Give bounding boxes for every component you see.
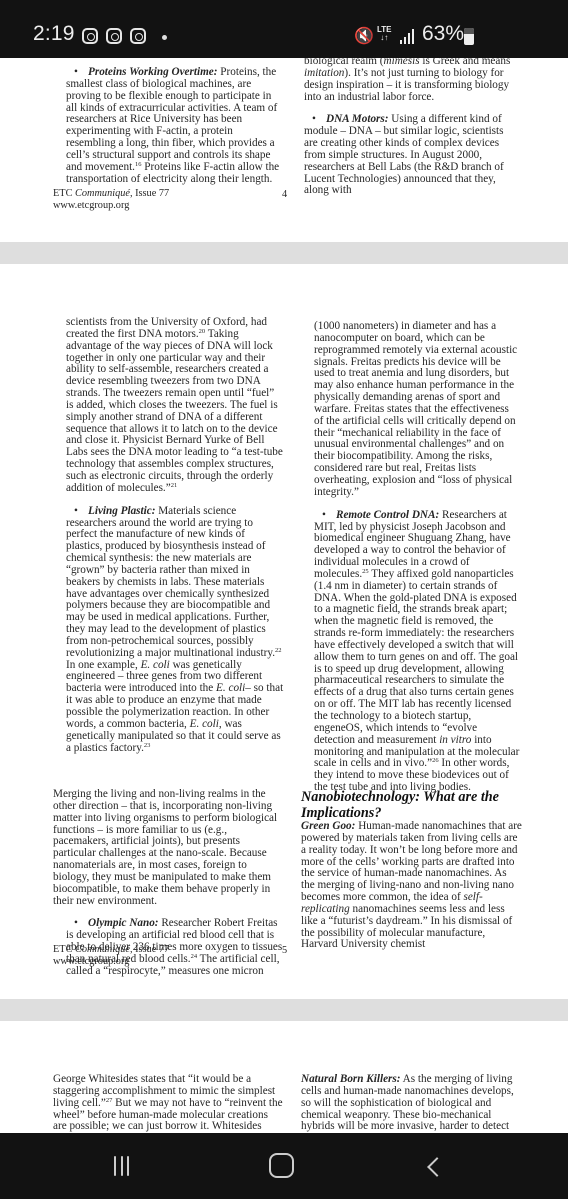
section-heading: Nanobiotechnology: What are the Implicat… [301, 789, 523, 821]
page4-footer: ETC Communiqué, Issue 77 www.etcgroup.or… [53, 188, 169, 212]
green-goo-paragraph: Green Goo: Human-made nanomachines that … [301, 821, 523, 951]
more-notifications-dot-icon [162, 35, 167, 40]
battery-icon [464, 28, 474, 45]
bullet-dna-motors: •DNA Motors: Using a different kind of m… [304, 114, 518, 197]
page6-left-column: George Whitesides states that “it would … [53, 1074, 284, 1133]
page-separator [0, 999, 568, 1021]
bullet-proteins-working-overtime: •Proteins Working Overtime: Proteins, th… [66, 67, 284, 185]
natural-born-killers-paragraph: Natural Born Killers: As the merging of … [301, 1074, 523, 1133]
page5-right-implications: Nanobiotechnology: What are the Implicat… [301, 789, 523, 951]
navigation-bar [0, 1133, 568, 1199]
instagram-icon [106, 28, 122, 44]
footnote-ref[interactable]: 22 [275, 647, 282, 654]
page5-footer: ETC Communiqué, Issue 77 www.etcgroup.or… [53, 944, 169, 968]
home-icon[interactable] [269, 1153, 294, 1178]
page4-right-column: biological realm (mimesis is Greek and m… [304, 58, 518, 197]
page5-left-column: scientists from the University of Oxford… [66, 317, 284, 754]
vibrate-mute-icon: 🔇 [354, 26, 374, 46]
recent-apps-icon[interactable] [114, 1156, 130, 1176]
website-link[interactable]: www.etcgroup.org [53, 956, 169, 968]
footnote-ref[interactable]: 21 [171, 482, 178, 489]
bullet-remote-control-dna: •Remote Control DNA: Researchers at MIT,… [314, 510, 520, 794]
page5-right-column: (1000 nanometers) in diameter and has a … [314, 321, 520, 794]
page4-left-column: •Proteins Working Overtime: Proteins, th… [66, 67, 284, 185]
status-bar: 2:19 🔇 LTE↓↑ 63% [0, 0, 568, 58]
instagram-icon [130, 28, 146, 44]
bullet-living-plastic: •Living Plastic: Materials science resea… [66, 506, 284, 755]
footnote-ref[interactable]: 23 [144, 742, 151, 749]
clock: 2:19 [33, 22, 75, 46]
signal-strength-icon [400, 28, 416, 44]
battery-percent: 63% [422, 22, 464, 46]
document-viewer[interactable]: •Proteins Working Overtime: Proteins, th… [0, 58, 568, 1133]
page-number: 4 [282, 189, 287, 200]
instagram-icon [82, 28, 98, 44]
page6-right-column: Natural Born Killers: As the merging of … [301, 1074, 523, 1133]
back-icon[interactable] [425, 1156, 439, 1178]
lte-icon: LTE↓↑ [377, 26, 392, 42]
page-number: 5 [282, 945, 287, 956]
page-separator [0, 242, 568, 264]
website-link[interactable]: www.etcgroup.org [53, 200, 169, 212]
